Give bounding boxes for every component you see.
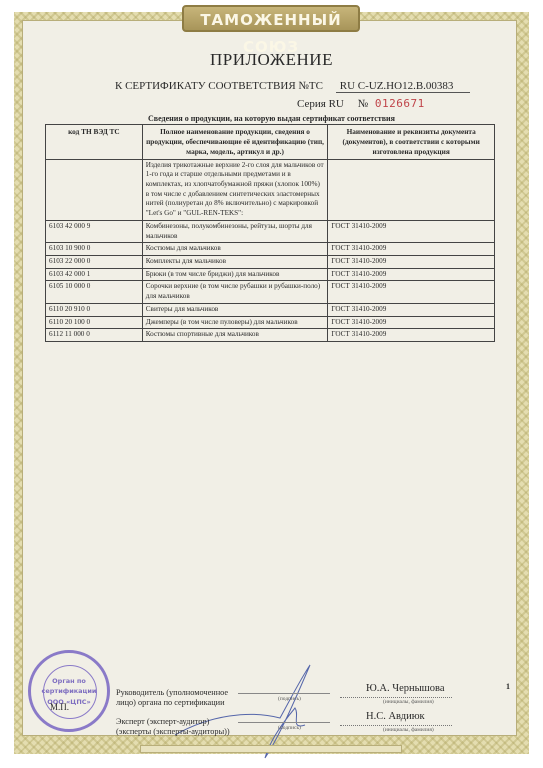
- cell-product-name: Брюки (в том числе бриджи) для мальчиков: [142, 268, 328, 281]
- cell-document: ГОСТ 31410-2009: [328, 220, 495, 242]
- cell-document: ГОСТ 31410-2009: [328, 303, 495, 316]
- products-table: код ТН ВЭД ТС Полное наименование продук…: [45, 124, 495, 342]
- stamp-text-line1: Орган по: [31, 677, 107, 685]
- cell-document: ГОСТ 31410-2009: [328, 329, 495, 342]
- table-row-intro: Изделия трикотажные верхние 2-го слоя дл…: [46, 159, 495, 220]
- serial-number: 0126671: [375, 97, 425, 110]
- cell-product-name: Костюмы для мальчиков: [142, 243, 328, 256]
- cell-document: ГОСТ 31410-2009: [328, 268, 495, 281]
- cell-code: 6110 20 910 0: [46, 303, 143, 316]
- series-value: RU: [329, 98, 344, 110]
- cell-document: ГОСТ 31410-2009: [328, 281, 495, 303]
- stamp-text-line2: сертификации: [31, 687, 107, 695]
- expert-name-line: [340, 725, 452, 726]
- table-header-row: код ТН ВЭД ТС Полное наименование продук…: [46, 125, 495, 160]
- table-row: 6110 20 910 0Свитеры для мальчиковГОСТ 3…: [46, 303, 495, 316]
- expert-label-line1: Эксперт (эксперт-аудитор): [116, 717, 230, 727]
- cell-product-name: Джемперы (в том числе пуловеры) для маль…: [142, 316, 328, 329]
- certificate-label: К СЕРТИФИКАТУ СООТВЕТСТВИЯ: [115, 80, 296, 92]
- head-label-line2: лицо) органа по сертификации: [116, 698, 228, 708]
- cell-code: 6103 22 000 0: [46, 256, 143, 269]
- cell-code: 6105 10 000 0: [46, 281, 143, 303]
- table-caption: Сведения о продукции, на которую выдан с…: [0, 114, 543, 123]
- certificate-no-label: №ТС: [298, 80, 323, 92]
- cell-code: 6103 10 900 0: [46, 243, 143, 256]
- page-number: 1: [506, 682, 510, 691]
- head-name-line: [340, 697, 452, 698]
- head-signature-caption: (подпись): [278, 696, 301, 702]
- expert-label-line2: (эксперты (эксперты-аудиторы)): [116, 727, 230, 737]
- cell-code: 6112 11 000 0: [46, 329, 143, 342]
- cell-code: [46, 159, 143, 220]
- head-of-body-label: Руководитель (уполномоченное лицо) орган…: [116, 688, 228, 708]
- cell-code: 6103 42 000 1: [46, 268, 143, 281]
- table-row: 6103 10 900 0Костюмы для мальчиковГОСТ 3…: [46, 243, 495, 256]
- series-label: Серия: [297, 98, 326, 110]
- column-header-code: код ТН ВЭД ТС: [46, 125, 143, 160]
- cell-product-name: Комплекты для мальчиков: [142, 256, 328, 269]
- cell-product-name: Сорочки верхние (в том числе рубашки и р…: [142, 281, 328, 303]
- table-row: 6103 22 000 0Комплекты для мальчиковГОСТ…: [46, 256, 495, 269]
- cell-product-name: Комбинезоны, полукомбинезоны, рейтузы, ш…: [142, 220, 328, 242]
- cell-product-name: Свитеры для мальчиков: [142, 303, 328, 316]
- column-header-document: Наименование и реквизиты документа (доку…: [328, 125, 495, 160]
- expert-name-caption: (инициалы, фамилия): [383, 727, 434, 733]
- cell-product-name: Костюмы спортивные для мальчиков: [142, 329, 328, 342]
- cell-document: ГОСТ 31410-2009: [328, 243, 495, 256]
- table-row: 6105 10 000 0Сорочки верхние (в том числ…: [46, 281, 495, 303]
- number-label: №: [358, 98, 369, 110]
- seal-place-label: М.П.: [50, 702, 69, 712]
- table-row: 6103 42 000 1Брюки (в том числе бриджи) …: [46, 268, 495, 281]
- expert-signature-caption: (подпись): [278, 725, 301, 731]
- head-name: Ю.А. Чернышова: [366, 683, 444, 694]
- table-row: 6103 42 000 9Комбинезоны, полукомбинезон…: [46, 220, 495, 242]
- cell-document: ГОСТ 31410-2009: [328, 256, 495, 269]
- series-line: Серия RU № 0126671: [297, 97, 425, 110]
- table-row: 6110 20 100 0Джемперы (в том числе пулов…: [46, 316, 495, 329]
- certificate-number: RU C-UZ.HO12.B.00383: [336, 80, 470, 93]
- customs-union-banner: ТАМОЖЕННЫЙ СОЮЗ: [182, 5, 360, 32]
- cell-document: ГОСТ 31410-2009: [328, 316, 495, 329]
- certificate-reference: К СЕРТИФИКАТУ СООТВЕТСТВИЯ №ТС RU C-UZ.H…: [115, 80, 470, 93]
- expert-label: Эксперт (эксперт-аудитор) (эксперты (экс…: [116, 717, 230, 737]
- cell-code: 6110 20 100 0: [46, 316, 143, 329]
- expert-signature-line: [238, 722, 330, 723]
- cell-document: [328, 159, 495, 220]
- document-title: ПРИЛОЖЕНИЕ: [0, 50, 543, 70]
- cell-code: 6103 42 000 9: [46, 220, 143, 242]
- cell-product-intro: Изделия трикотажные верхние 2-го слоя дл…: [142, 159, 328, 220]
- head-name-caption: (инициалы, фамилия): [383, 699, 434, 705]
- head-signature-line: [238, 693, 330, 694]
- table-row: 6112 11 000 0Костюмы спортивные для маль…: [46, 329, 495, 342]
- certification-stamp: Орган по сертификации ООО «ЦПС»: [28, 650, 110, 732]
- expert-name: Н.С. Авдиюк: [366, 711, 425, 722]
- column-header-product: Полное наименование продукции, сведения …: [142, 125, 328, 160]
- printer-imprint-strip: [140, 745, 402, 753]
- head-label-line1: Руководитель (уполномоченное: [116, 688, 228, 698]
